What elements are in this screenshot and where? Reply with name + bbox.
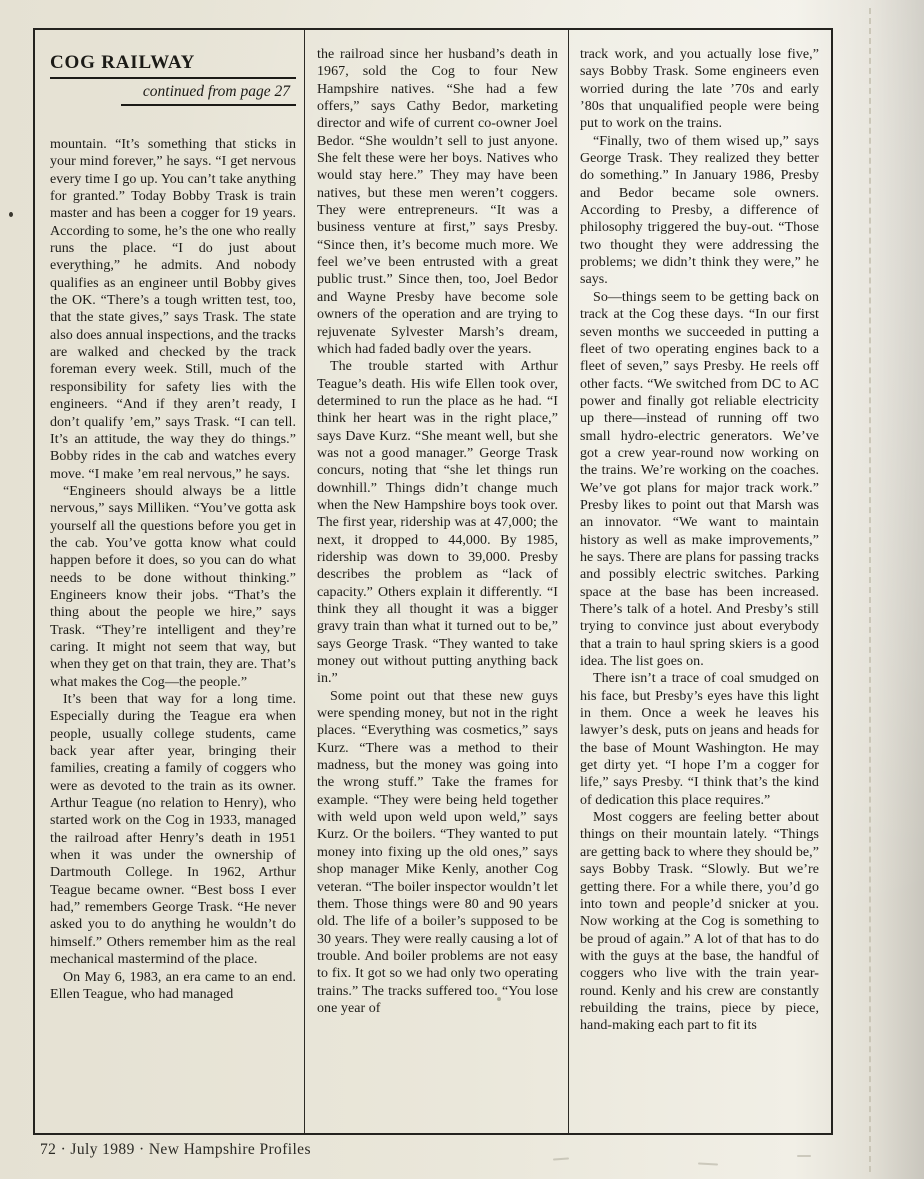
footer-text: 72 · July 1989 · New Hampshire Profiles [40, 1141, 311, 1158]
paragraph-col3-1: track work, and you actually lose five,”… [580, 46, 819, 133]
paragraph-col1-3: It’s been that way for a long time. Espe… [50, 691, 296, 969]
binding-perforation-line [869, 8, 871, 1172]
scan-smudge [553, 1157, 569, 1160]
paragraph-col1-2: “Engineers should always be a little ner… [50, 483, 296, 691]
scan-smudge [698, 1162, 718, 1165]
paragraph-col3-4: There isn’t a trace of coal smudged on h… [580, 670, 819, 809]
paragraph-col3-3: So—things seem to be getting back on tra… [580, 289, 819, 671]
scan-speck [9, 212, 13, 217]
paragraph-col3-2: “Finally, two of them wised up,” says Ge… [580, 133, 819, 289]
paragraph-col2-3: Some point out that these new guys were … [317, 688, 558, 1018]
article-title: COG RAILWAY [50, 52, 296, 74]
continued-from-note: continued from page 27 [50, 79, 296, 104]
column-1: COG RAILWAY continued from page 27 mount… [35, 30, 305, 1133]
article-frame: COG RAILWAY continued from page 27 mount… [33, 28, 833, 1135]
column-3: track work, and you actually lose five,”… [569, 30, 831, 1133]
article-header: COG RAILWAY continued from page 27 [50, 52, 296, 106]
paragraph-col2-2: The trouble started with Arthur Teague’s… [317, 358, 558, 688]
scan-smudge [797, 1155, 811, 1157]
paragraph-col1-4: On May 6, 1983, an era came to an end. E… [50, 969, 296, 1004]
magazine-page-scan: COG RAILWAY continued from page 27 mount… [0, 0, 924, 1179]
paragraph-col3-5: Most coggers are feeling better about th… [580, 809, 819, 1034]
paragraph-col1-1: mountain. “It’s something that sticks in… [50, 136, 296, 483]
page-footer: 72 · July 1989 · New Hampshire Profiles [40, 1141, 311, 1159]
paragraph-col2-1: the railroad since her husband’s death i… [317, 46, 558, 358]
column-2: the railroad since her husband’s death i… [305, 30, 569, 1133]
scan-speck [497, 997, 501, 1001]
header-rule-bottom [121, 104, 296, 106]
